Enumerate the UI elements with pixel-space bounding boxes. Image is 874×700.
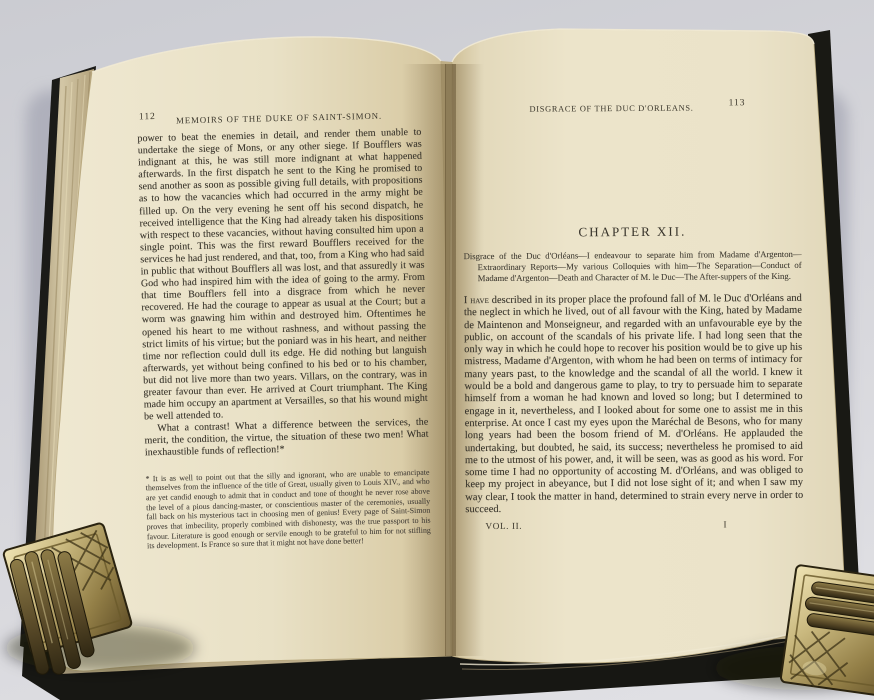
left-page-number: 112 [139,112,156,122]
right-page-number: 113 [729,98,746,108]
left-page: 112 MEMOIRS OF THE DUKE OF SAINT-SIMON. … [137,105,431,552]
book-photo: 112 MEMOIRS OF THE DUKE OF SAINT-SIMON. … [0,0,874,700]
paragraph-body: described in its proper place the profou… [464,293,803,515]
right-page: DISGRACE OF THE DUC D'ORLEANS. 113 CHAPT… [462,97,803,535]
left-body-paragraph-2: What a contrast! What a difference betwe… [144,417,429,460]
volume-label: VOL. II. [485,521,522,531]
right-clasp-plate [780,565,874,699]
chapter-synopsis: Disgrace of the Duc d'Orléans—I endeavou… [464,249,802,284]
chapter-heading: CHAPTER XII. [463,223,801,241]
right-page-footer: VOL. II. I [465,519,803,534]
left-running-head: MEMOIRS OF THE DUKE OF SAINT-SIMON. [176,111,382,126]
right-page-header: DISGRACE OF THE DUC D'ORLEANS. 113 [462,97,800,113]
left-footnote: * It is as well to point out that the si… [145,467,431,551]
right-running-head: DISGRACE OF THE DUC D'ORLEANS. [529,104,693,114]
signature-mark: I [723,520,727,530]
paragraph-lead: I have [464,295,492,306]
right-body-paragraph: I have described in its proper place the… [464,293,804,517]
left-body-paragraph-1: power to beat the enemies in detail, and… [137,127,428,424]
